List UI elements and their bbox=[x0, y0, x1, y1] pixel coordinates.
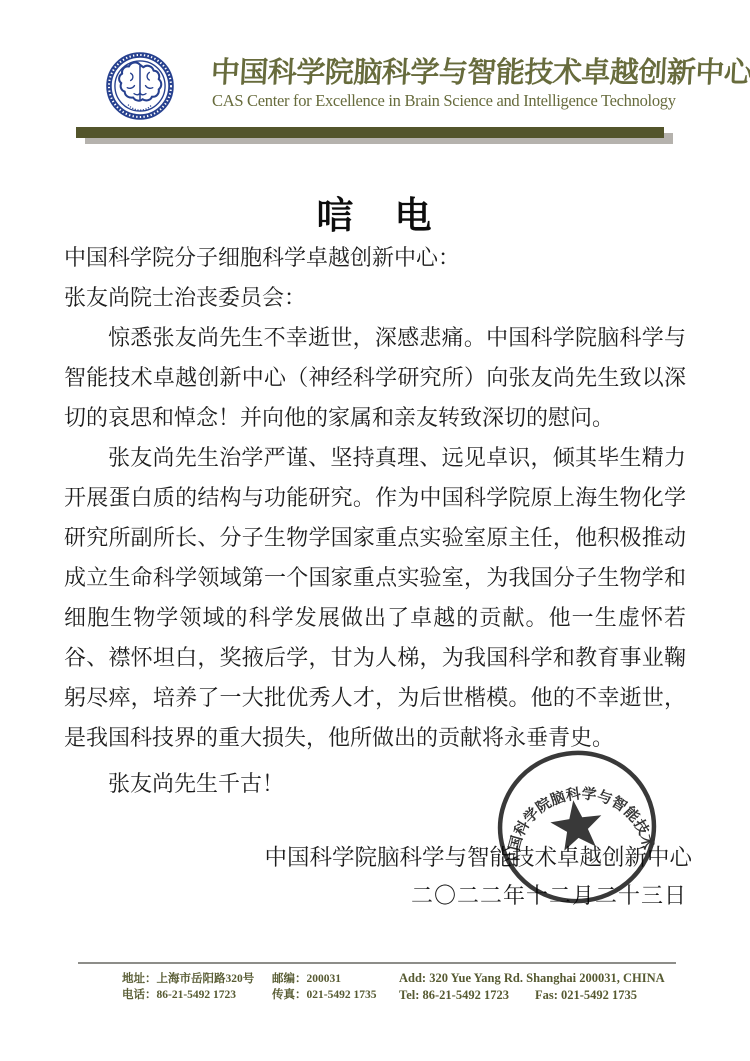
condolence-letter-page: 中国科学院脑科学与智能技术卓越创新中心 CAS Center for Excel… bbox=[0, 0, 750, 1061]
footer-tel-fax-en: Tel: 86-21-5492 1723Fas: 021-5492 1735 bbox=[399, 987, 665, 1004]
footer-postcode: 邮编：200031 bbox=[272, 972, 376, 987]
footer-contact-chinese: 地址：上海市岳阳路320号 邮编：200031 电话：86-21-5492 17… bbox=[122, 972, 376, 1003]
tribute-line: 张友尚先生千古！ bbox=[64, 764, 686, 804]
cas-brain-emblem-icon bbox=[106, 52, 174, 120]
footer-divider bbox=[78, 962, 676, 964]
letter-title: 唁 电 bbox=[0, 185, 750, 239]
footer-phone-cn: 电话：86-21-5492 1723 bbox=[122, 988, 258, 1003]
org-name-chinese: 中国科学院脑科学与智能技术卓越创新中心 bbox=[210, 50, 682, 91]
letter-paragraph-2: 张友尚先生治学严谨、坚持真理、远见卓识，倾其毕生精力开展蛋白质的结构与功能研究。… bbox=[64, 438, 686, 758]
signature-line: 中国科学院脑科学与智能技术卓越创新中心 bbox=[264, 840, 692, 872]
footer-fax-cn: 传真：021-5492 1735 bbox=[272, 988, 376, 1003]
recipient-line-1: 中国科学院分子细胞科学卓越创新中心： bbox=[64, 238, 686, 278]
footer-contact-english: Add: 320 Yue Yang Rd. Shanghai 200031, C… bbox=[399, 970, 665, 1004]
footer-address-cn: 地址：上海市岳阳路320号 bbox=[122, 972, 258, 987]
letter-paragraph-1: 惊悉张友尚先生不幸逝世，深感悲痛。中国科学院脑科学与智能技术卓越创新中心（神经科… bbox=[64, 318, 686, 438]
recipient-line-2: 张友尚院士治丧委员会： bbox=[64, 278, 686, 318]
date-line: 二〇二二年十二月二十三日 bbox=[411, 879, 687, 910]
letter-body: 中国科学院分子细胞科学卓越创新中心： 张友尚院士治丧委员会： 惊悉张友尚先生不幸… bbox=[64, 238, 686, 804]
footer-fax-en: Fas: 021-5492 1735 bbox=[535, 987, 637, 1004]
org-name-english: CAS Center for Excellence in Brain Scien… bbox=[212, 91, 712, 111]
footer-tel-en: Tel: 86-21-5492 1723 bbox=[399, 987, 509, 1004]
header-accent-bar bbox=[76, 127, 664, 138]
footer-address-en: Add: 320 Yue Yang Rd. Shanghai 200031, C… bbox=[399, 970, 665, 987]
